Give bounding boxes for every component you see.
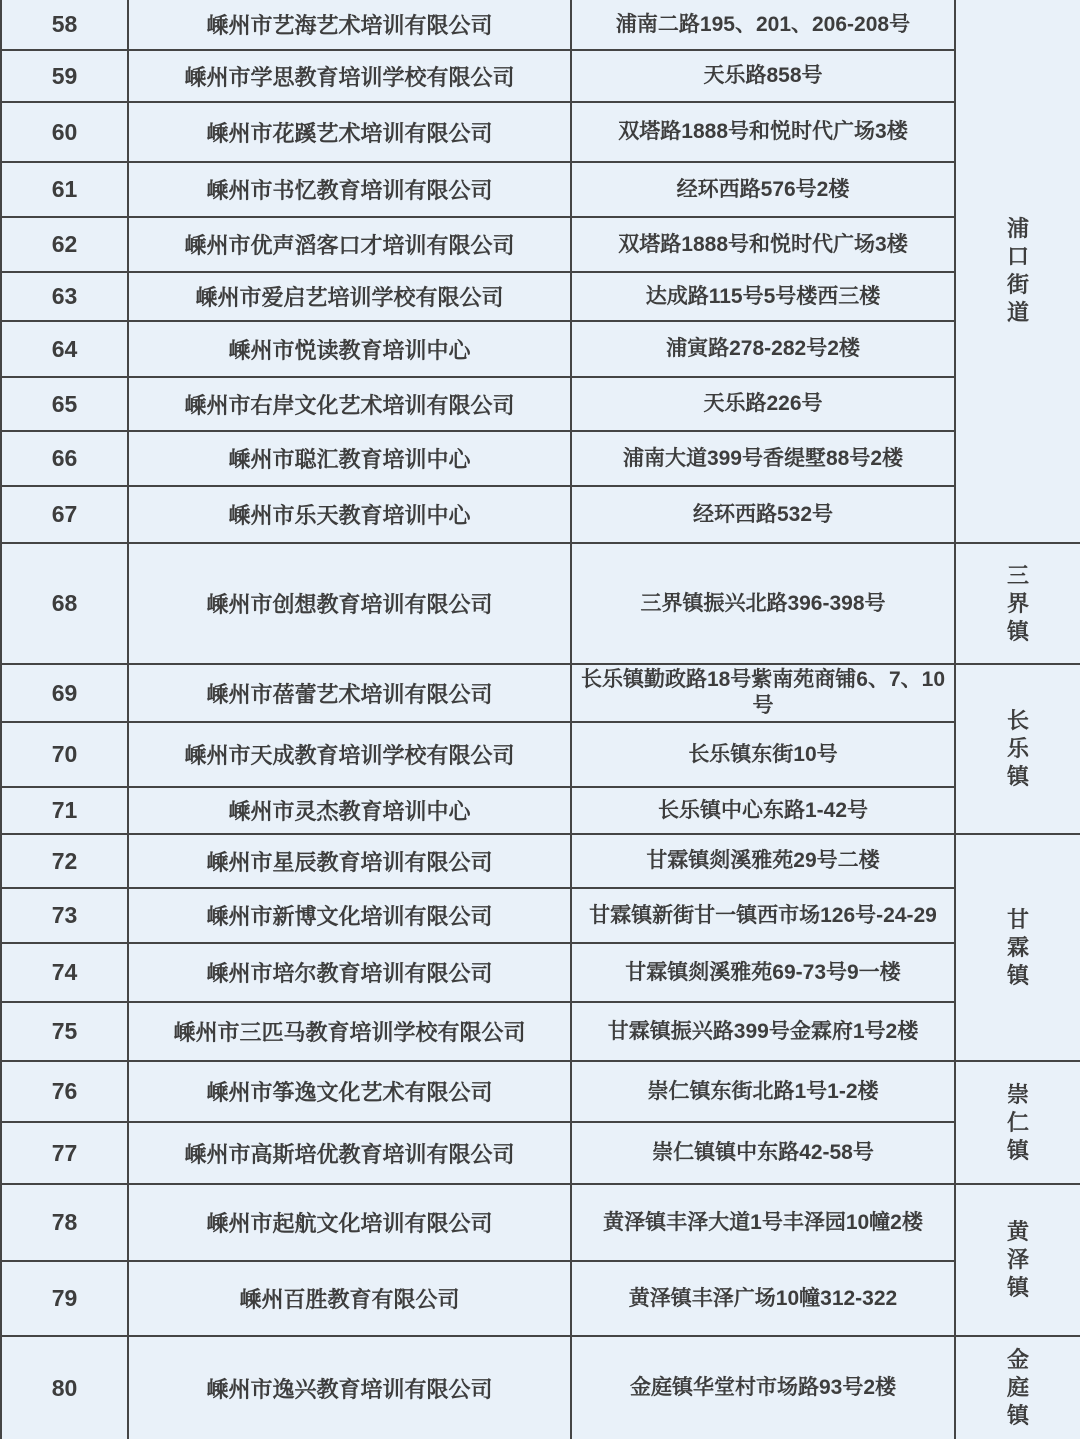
company-name-cell: 嵊州市学思教育培训学校有限公司 xyxy=(128,50,571,102)
company-name-cell: 嵊州市新博文化培训有限公司 xyxy=(128,888,571,943)
row-number-cell: 59 xyxy=(1,50,128,102)
row-number-cell: 67 xyxy=(1,486,128,543)
table-row: 64嵊州市悦读教育培训中心浦寅路278-282号2楼 xyxy=(1,321,1080,377)
address-cell: 双塔路1888号和悦时代广场3楼 xyxy=(571,102,955,162)
table-row: 59嵊州市学思教育培训学校有限公司天乐路858号 xyxy=(1,50,1080,102)
district-cell: 浦口街道 xyxy=(955,0,1080,543)
row-number-cell: 66 xyxy=(1,431,128,486)
company-name-cell: 嵊州市艺海艺术培训有限公司 xyxy=(128,0,571,50)
company-name-cell: 嵊州市星辰教育培训有限公司 xyxy=(128,834,571,888)
district-label-char: 镇 xyxy=(962,763,1074,791)
row-number-cell: 65 xyxy=(1,377,128,431)
row-number-cell: 60 xyxy=(1,102,128,162)
table-row: 80嵊州市逸兴教育培训有限公司金庭镇华堂村市场路93号2楼金庭镇 xyxy=(1,1336,1080,1439)
table-row: 69嵊州市蓓蕾艺术培训有限公司长乐镇勤政路18号紫南苑商铺6、7、10号长乐镇 xyxy=(1,664,1080,722)
company-name-cell: 嵊州市花蹊艺术培训有限公司 xyxy=(128,102,571,162)
district-label-char: 镇 xyxy=(962,962,1074,990)
table-row: 74嵊州市培尔教育培训有限公司甘霖镇剡溪雅苑69-73号9一楼 xyxy=(1,943,1080,1002)
row-number-cell: 63 xyxy=(1,272,128,321)
table-row: 66嵊州市聪汇教育培训中心浦南大道399号香缇墅88号2楼 xyxy=(1,431,1080,486)
company-name-cell: 嵊州市天成教育培训学校有限公司 xyxy=(128,722,571,787)
training-institutions-table-page: 58嵊州市艺海艺术培训有限公司浦南二路195、201、206-208号浦口街道5… xyxy=(0,0,1080,1439)
table-row: 70嵊州市天成教育培训学校有限公司长乐镇东街10号 xyxy=(1,722,1080,787)
table-row: 71嵊州市灵杰教育培训中心长乐镇中心东路1-42号 xyxy=(1,787,1080,834)
table-row: 79嵊州百胜教育有限公司黄泽镇丰泽广场10幢312-322 xyxy=(1,1261,1080,1336)
row-number-cell: 79 xyxy=(1,1261,128,1336)
row-number-cell: 76 xyxy=(1,1061,128,1122)
district-label-char: 金 xyxy=(962,1346,1074,1374)
row-number-cell: 74 xyxy=(1,943,128,1002)
district-label-char: 甘 xyxy=(962,906,1074,934)
company-name-cell: 嵊州百胜教育有限公司 xyxy=(128,1261,571,1336)
training-institutions-table: 58嵊州市艺海艺术培训有限公司浦南二路195、201、206-208号浦口街道5… xyxy=(0,0,1080,1439)
company-name-cell: 嵊州市优声滔客口才培训有限公司 xyxy=(128,217,571,272)
row-number-cell: 75 xyxy=(1,1002,128,1061)
address-cell: 崇仁镇镇中东路42-58号 xyxy=(571,1122,955,1184)
address-cell: 甘霖镇新街甘一镇西市场126号-24-29 xyxy=(571,888,955,943)
table-row: 72嵊州市星辰教育培训有限公司甘霖镇剡溪雅苑29号二楼甘霖镇 xyxy=(1,834,1080,888)
company-name-cell: 嵊州市起航文化培训有限公司 xyxy=(128,1184,571,1261)
company-name-cell: 嵊州市聪汇教育培训中心 xyxy=(128,431,571,486)
company-name-cell: 嵊州市爱启艺培训学校有限公司 xyxy=(128,272,571,321)
district-label-char: 仁 xyxy=(962,1109,1074,1137)
district-label-char: 三 xyxy=(962,562,1074,590)
address-cell: 甘霖镇剡溪雅苑69-73号9一楼 xyxy=(571,943,955,1002)
row-number-cell: 61 xyxy=(1,162,128,217)
table-row: 73嵊州市新博文化培训有限公司甘霖镇新街甘一镇西市场126号-24-29 xyxy=(1,888,1080,943)
district-label-char: 黄 xyxy=(962,1218,1074,1246)
table-row: 68嵊州市创想教育培训有限公司三界镇振兴北路396-398号三界镇 xyxy=(1,543,1080,664)
table-row: 77嵊州市高斯培优教育培训有限公司崇仁镇镇中东路42-58号 xyxy=(1,1122,1080,1184)
table-row: 67嵊州市乐天教育培训中心经环西路532号 xyxy=(1,486,1080,543)
row-number-cell: 69 xyxy=(1,664,128,722)
address-cell: 黄泽镇丰泽大道1号丰泽园10幢2楼 xyxy=(571,1184,955,1261)
district-cell: 甘霖镇 xyxy=(955,834,1080,1061)
district-label-char: 道 xyxy=(962,299,1074,327)
company-name-cell: 嵊州市三匹马教育培训学校有限公司 xyxy=(128,1002,571,1061)
district-label-char: 镇 xyxy=(962,618,1074,646)
address-cell: 三界镇振兴北路396-398号 xyxy=(571,543,955,664)
address-cell: 黄泽镇丰泽广场10幢312-322 xyxy=(571,1261,955,1336)
address-cell: 金庭镇华堂村市场路93号2楼 xyxy=(571,1336,955,1439)
company-name-cell: 嵊州市右岸文化艺术培训有限公司 xyxy=(128,377,571,431)
district-label-char: 浦 xyxy=(962,215,1074,243)
address-cell: 经环西路532号 xyxy=(571,486,955,543)
district-label-char: 镇 xyxy=(962,1402,1074,1430)
address-cell: 双塔路1888号和悦时代广场3楼 xyxy=(571,217,955,272)
table-row: 76嵊州市筝逸文化艺术有限公司崇仁镇东街北路1号1-2楼崇仁镇 xyxy=(1,1061,1080,1122)
table-row: 75嵊州市三匹马教育培训学校有限公司甘霖镇振兴路399号金霖府1号2楼 xyxy=(1,1002,1080,1061)
district-label-char: 乐 xyxy=(962,735,1074,763)
company-name-cell: 嵊州市乐天教育培训中心 xyxy=(128,486,571,543)
table-row: 58嵊州市艺海艺术培训有限公司浦南二路195、201、206-208号浦口街道 xyxy=(1,0,1080,50)
row-number-cell: 58 xyxy=(1,0,128,50)
address-cell: 长乐镇东街10号 xyxy=(571,722,955,787)
table-body: 58嵊州市艺海艺术培训有限公司浦南二路195、201、206-208号浦口街道5… xyxy=(1,0,1080,1439)
table-row: 60嵊州市花蹊艺术培训有限公司双塔路1888号和悦时代广场3楼 xyxy=(1,102,1080,162)
address-cell: 达成路115号5号楼西三楼 xyxy=(571,272,955,321)
table-row: 78嵊州市起航文化培训有限公司黄泽镇丰泽大道1号丰泽园10幢2楼黄泽镇 xyxy=(1,1184,1080,1261)
address-cell: 浦南大道399号香缇墅88号2楼 xyxy=(571,431,955,486)
company-name-cell: 嵊州市创想教育培训有限公司 xyxy=(128,543,571,664)
company-name-cell: 嵊州市高斯培优教育培训有限公司 xyxy=(128,1122,571,1184)
row-number-cell: 70 xyxy=(1,722,128,787)
address-cell: 浦南二路195、201、206-208号 xyxy=(571,0,955,50)
district-label-char: 街 xyxy=(962,271,1074,299)
address-cell: 甘霖镇振兴路399号金霖府1号2楼 xyxy=(571,1002,955,1061)
row-number-cell: 77 xyxy=(1,1122,128,1184)
address-cell: 长乐镇中心东路1-42号 xyxy=(571,787,955,834)
row-number-cell: 78 xyxy=(1,1184,128,1261)
company-name-cell: 嵊州市书忆教育培训有限公司 xyxy=(128,162,571,217)
address-cell: 甘霖镇剡溪雅苑29号二楼 xyxy=(571,834,955,888)
district-label-char: 镇 xyxy=(962,1274,1074,1302)
address-cell: 浦寅路278-282号2楼 xyxy=(571,321,955,377)
row-number-cell: 72 xyxy=(1,834,128,888)
address-cell: 崇仁镇东街北路1号1-2楼 xyxy=(571,1061,955,1122)
district-label-char: 庭 xyxy=(962,1374,1074,1402)
address-cell: 天乐路226号 xyxy=(571,377,955,431)
district-cell: 崇仁镇 xyxy=(955,1061,1080,1184)
district-cell: 金庭镇 xyxy=(955,1336,1080,1439)
district-label-char: 霖 xyxy=(962,934,1074,962)
district-cell: 三界镇 xyxy=(955,543,1080,664)
district-label-char: 长 xyxy=(962,707,1074,735)
address-cell: 长乐镇勤政路18号紫南苑商铺6、7、10号 xyxy=(571,664,955,722)
row-number-cell: 71 xyxy=(1,787,128,834)
district-cell: 长乐镇 xyxy=(955,664,1080,834)
company-name-cell: 嵊州市筝逸文化艺术有限公司 xyxy=(128,1061,571,1122)
row-number-cell: 62 xyxy=(1,217,128,272)
row-number-cell: 64 xyxy=(1,321,128,377)
row-number-cell: 68 xyxy=(1,543,128,664)
table-row: 65嵊州市右岸文化艺术培训有限公司天乐路226号 xyxy=(1,377,1080,431)
district-label-char: 崇 xyxy=(962,1081,1074,1109)
table-row: 63嵊州市爱启艺培训学校有限公司达成路115号5号楼西三楼 xyxy=(1,272,1080,321)
company-name-cell: 嵊州市蓓蕾艺术培训有限公司 xyxy=(128,664,571,722)
address-cell: 经环西路576号2楼 xyxy=(571,162,955,217)
district-cell: 黄泽镇 xyxy=(955,1184,1080,1336)
district-label-char: 界 xyxy=(962,590,1074,618)
district-label-char: 镇 xyxy=(962,1137,1074,1165)
table-row: 61嵊州市书忆教育培训有限公司经环西路576号2楼 xyxy=(1,162,1080,217)
district-label-char: 泽 xyxy=(962,1246,1074,1274)
company-name-cell: 嵊州市逸兴教育培训有限公司 xyxy=(128,1336,571,1439)
company-name-cell: 嵊州市灵杰教育培训中心 xyxy=(128,787,571,834)
address-cell: 天乐路858号 xyxy=(571,50,955,102)
table-row: 62嵊州市优声滔客口才培训有限公司双塔路1888号和悦时代广场3楼 xyxy=(1,217,1080,272)
district-label-char: 口 xyxy=(962,243,1074,271)
company-name-cell: 嵊州市悦读教育培训中心 xyxy=(128,321,571,377)
row-number-cell: 80 xyxy=(1,1336,128,1439)
company-name-cell: 嵊州市培尔教育培训有限公司 xyxy=(128,943,571,1002)
row-number-cell: 73 xyxy=(1,888,128,943)
